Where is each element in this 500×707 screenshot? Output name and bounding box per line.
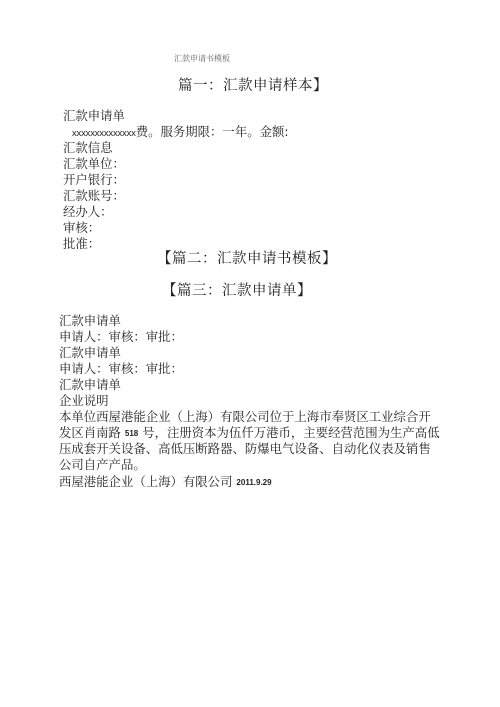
field-review: 审核： [63, 220, 100, 236]
heading-section-1: 篇一：汇款申请样本】 [178, 77, 328, 95]
fee-placeholder: xxxxxxxxxxxxxx [72, 128, 136, 139]
paragraph-line: 压成套开关设备、高低压断路器、防爆电气设备、自动化仪表及销售 [59, 441, 431, 457]
section-3-line: 汇款申请单 [59, 313, 121, 329]
section-3-line: 申请人：审核：审批： [59, 361, 183, 377]
heading-section-2: 【篇二：汇款申请书模板】 [157, 250, 337, 268]
company-description-title: 企业说明 [59, 393, 109, 409]
signature-line: 西屋港能企业（上海）有限公司 2011.9.29 [59, 474, 272, 491]
heading-section-3: 【篇三：汇款申请单】 [162, 282, 312, 300]
section-3-line: 汇款申请单 [59, 377, 121, 393]
paragraph-text: 号，注册资本为伍仟万港币，主要经营范围为生产高低 [138, 425, 439, 440]
section-1-title: 汇款申请单 [63, 108, 125, 124]
fee-text: 费。服务期限：一年。金额: [136, 124, 289, 139]
field-bank: 开户银行： [63, 172, 125, 188]
field-remit-unit: 汇款单位： [63, 156, 125, 172]
signature-company: 西屋港能企业（上海）有限公司 [59, 474, 236, 489]
field-account: 汇款账号： [63, 188, 125, 204]
paragraph-line: 本单位西屋港能企业（上海）有限公司位于上海市奉贤区工业综合开 [59, 409, 431, 425]
page-header: 汇款申请书模板 [174, 53, 230, 64]
paragraph-line: 公司自产产品。 [59, 457, 146, 473]
section-3-line: 汇款申请单 [59, 345, 121, 361]
section-3-line: 申请人：审核：审批： [59, 329, 183, 345]
address-number: 518 [125, 429, 138, 438]
paragraph-text: 发区肖南路 [59, 425, 125, 440]
field-handler: 经办人： [63, 204, 113, 220]
field-approve: 批准： [63, 236, 100, 252]
paragraph-line: 发区肖南路 518 号，注册资本为伍仟万港币，主要经营范围为生产高低 [59, 425, 440, 442]
field-remit-info: 汇款信息 [63, 140, 113, 156]
signature-date: 2011.9.29 [236, 478, 271, 487]
